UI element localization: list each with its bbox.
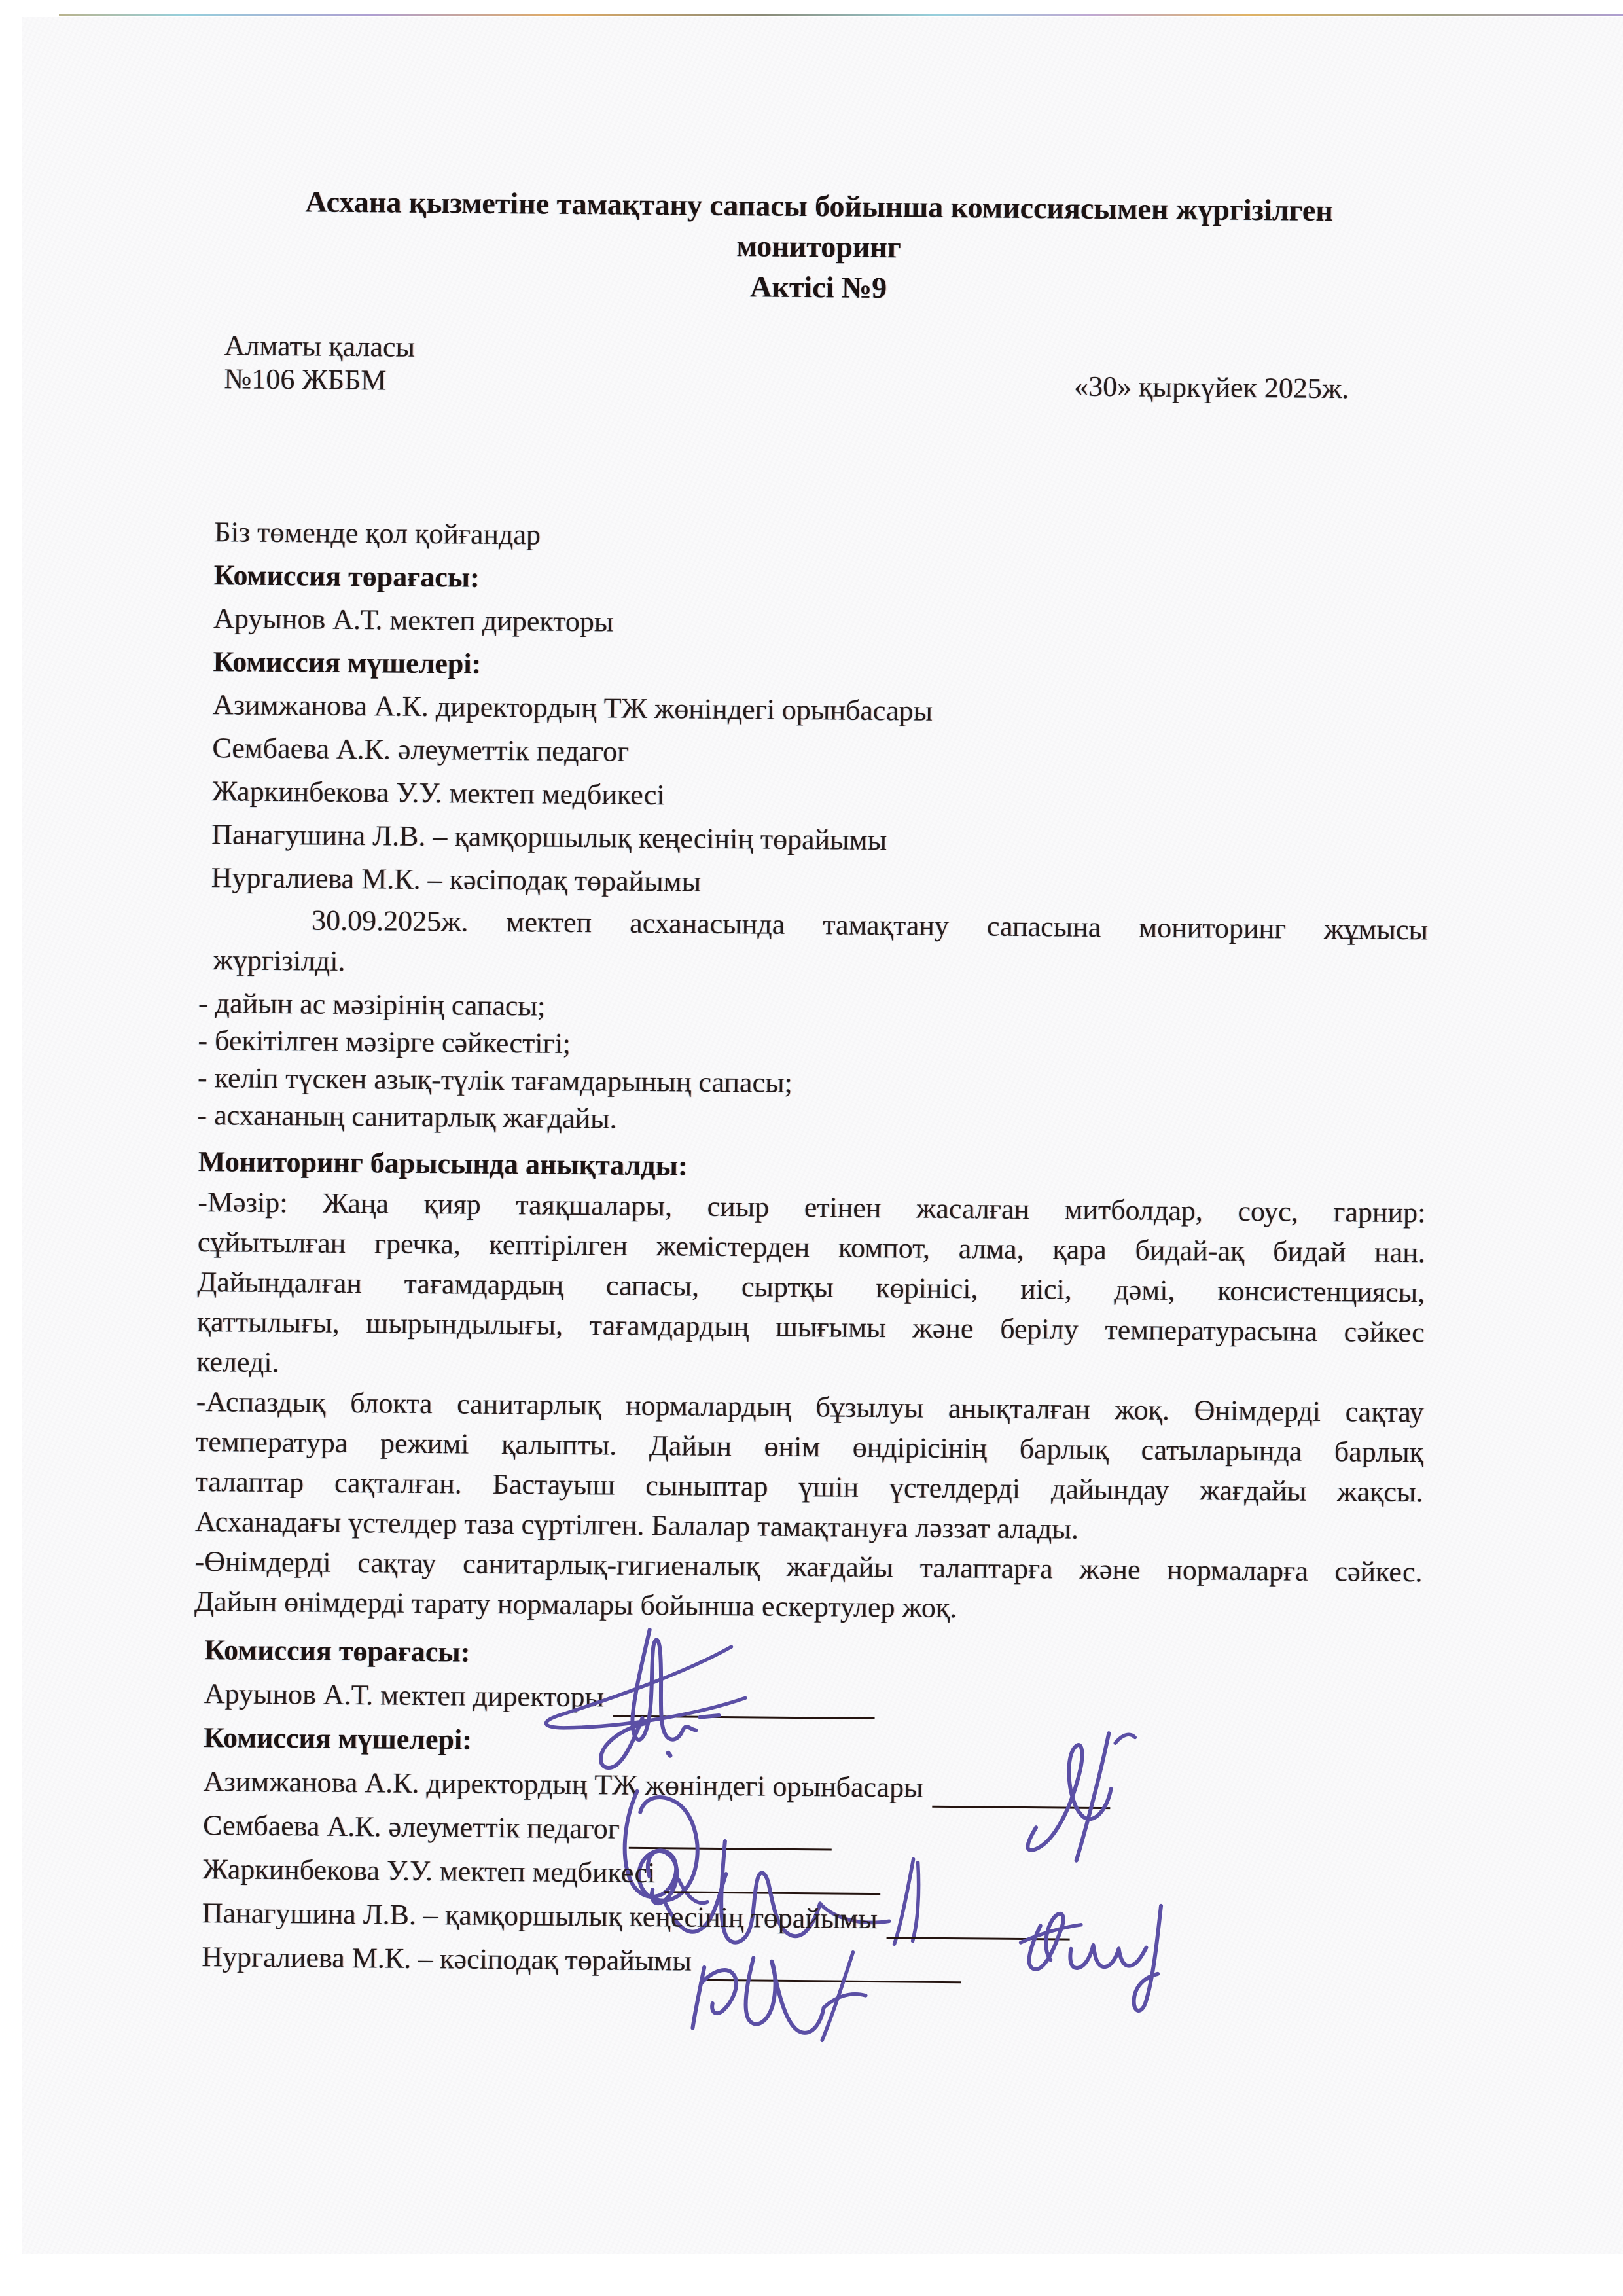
school-name: №106 ЖББМ bbox=[224, 362, 386, 397]
commission-list: Біз төменде қол қойғандар Комиссия төрағ… bbox=[198, 511, 1431, 910]
scanned-document-page: { "document": { "title_lines": [ "Асхана… bbox=[0, 0, 1623, 2296]
sig-member-name: Жаркинбекова У.У. мектеп медбикесі bbox=[202, 1853, 655, 1889]
document-title: Асхана қызметіне тамақтану сапасы бойынш… bbox=[203, 181, 1435, 313]
document-content: Асхана қызметіне тамақтану сапасы бойынш… bbox=[188, 181, 1435, 1989]
signature-line bbox=[701, 1950, 961, 1983]
checklist: - дайын ас мәзірінің сапасы; - бекітілге… bbox=[196, 984, 1427, 1144]
sig-member-name: Нургалиева М.К. – кәсіподақ төрайымы bbox=[202, 1941, 692, 1977]
document-header: Алматы қаласы №106 ЖББМ «30» қыркүйек 20… bbox=[202, 329, 1433, 406]
signature-line bbox=[613, 1687, 875, 1719]
monitoring-intro-paragraph: 30.09.2025ж. мектеп асханасында тамақтан… bbox=[197, 899, 1428, 991]
signature-line bbox=[932, 1777, 1110, 1809]
findings-paragraph-menu: -Мәзір: Жаңа қияр таяқшалары, сиыр етіне… bbox=[194, 1182, 1426, 1392]
sig-member-name: Панагушина Л.В. – қамқоршылық кеңесінің … bbox=[202, 1897, 878, 1935]
signature-line bbox=[887, 1908, 1070, 1940]
document-date: «30» қыркүйек 2025ж. bbox=[1074, 370, 1349, 406]
sig-chairman-name: Аруынов А.Т. мектеп директоры bbox=[204, 1677, 605, 1713]
signature-line bbox=[629, 1818, 832, 1851]
scan-edge-artifact bbox=[59, 14, 1623, 16]
signature-section: Комиссия төрағасы: Аруынов А.Т. мектеп д… bbox=[188, 1628, 1422, 1989]
findings-paragraph-storage: -Өнімдерді сақтау санитарлық-гигиеналық … bbox=[192, 1541, 1423, 1632]
sig-member-name: Азимжанова А.К. директордың ТЖ жөніндегі… bbox=[203, 1765, 923, 1804]
signature-line bbox=[664, 1862, 880, 1895]
findings-paragraph-sanitary: -Аспаздық блокта санитарлық нормалардың … bbox=[192, 1382, 1424, 1552]
sig-member-name: Сембаева А.К. әлеуметтік педагог bbox=[203, 1809, 620, 1845]
